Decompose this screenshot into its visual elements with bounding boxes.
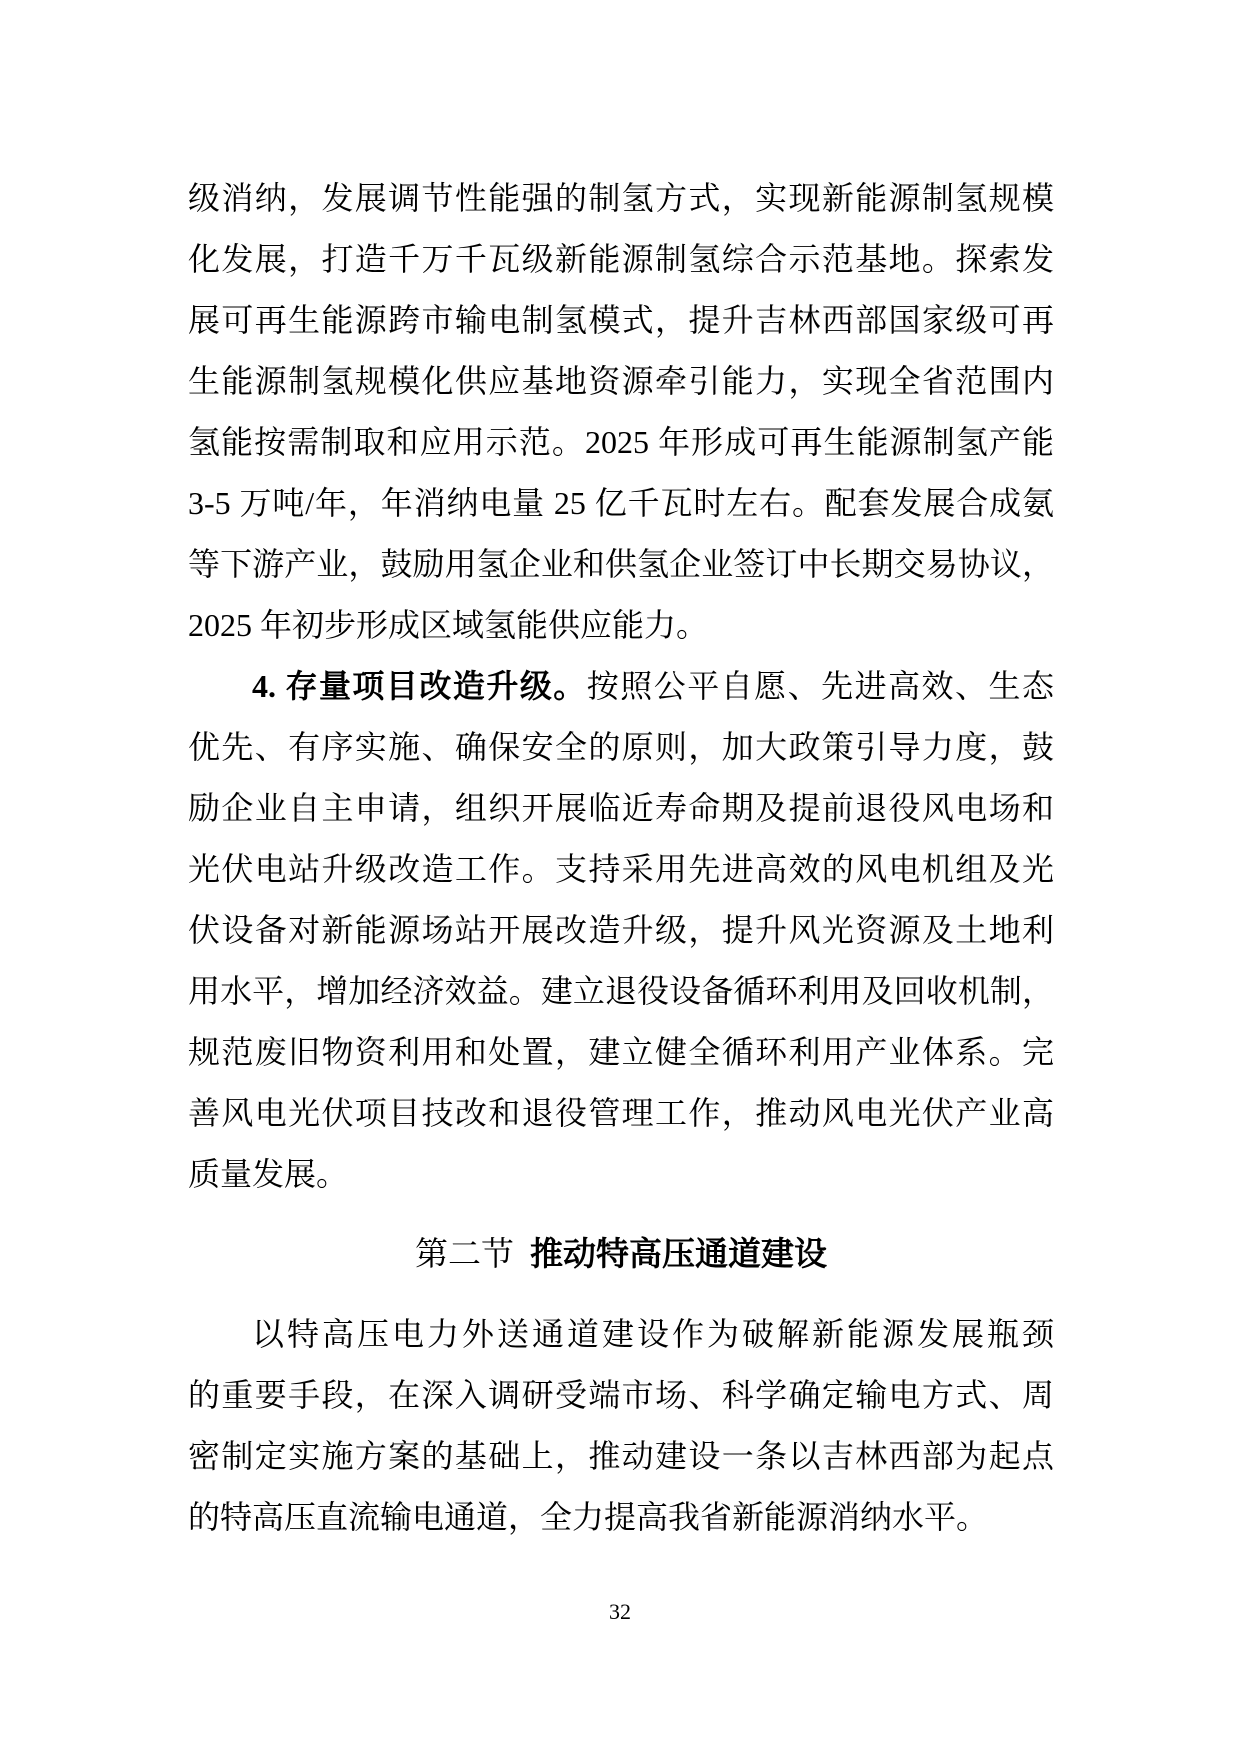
text-line: 的重要手段，在深入调研受端市场、科学确定输电方式、周 (188, 1365, 1054, 1426)
text-line: 级消纳，发展调节性能强的制氢方式，实现新能源制氢规模 (188, 168, 1054, 229)
text-line: 的特高压直流输电通道，全力提高我省新能源消纳水平。 (188, 1487, 1054, 1548)
document-page: 级消纳，发展调节性能强的制氢方式，实现新能源制氢规模 化发展，打造千万千瓦级新能… (0, 0, 1240, 1754)
paragraph-hydrogen-development: 级消纳，发展调节性能强的制氢方式，实现新能源制氢规模 化发展，打造千万千瓦级新能… (188, 168, 1054, 656)
paragraph-project-upgrade: 4. 存量项目改造升级。按照公平自愿、先进高效、生态 优先、有序实施、确保安全的… (188, 656, 1054, 1205)
paragraph-uhv-channel: 以特高压电力外送通道建设作为破解新能源发展瓶颈 的重要手段，在深入调研受端市场、… (188, 1304, 1054, 1548)
text-line: 优先、有序实施、确保安全的原则，加大政策引导力度，鼓 (188, 717, 1054, 778)
text-line: 展可再生能源跨市输电制氢模式，提升吉林西部国家级可再 (188, 290, 1054, 351)
text-line: 质量发展。 (188, 1144, 1054, 1205)
text-line: 规范废旧物资利用和处置，建立健全循环利用产业体系。完 (188, 1022, 1054, 1083)
section-heading: 第二节推动特高压通道建设 (188, 1225, 1054, 1286)
section-heading-number: 第二节 (415, 1237, 514, 1273)
text-line: 励企业自主申请，组织开展临近寿命期及提前退役风电场和 (188, 778, 1054, 839)
text-line: 以特高压电力外送通道建设作为破解新能源发展瓶颈 (188, 1304, 1054, 1365)
text-line: 生能源制氢规模化供应基地资源牵引能力，实现全省范围内 (188, 351, 1054, 412)
paragraph-lead-bold: 4. 存量项目改造升级。 (252, 668, 587, 704)
text-line: 密制定实施方案的基础上，推动建设一条以吉林西部为起点 (188, 1426, 1054, 1487)
text-run: 按照公平自愿、先进高效、生态 (587, 668, 1054, 704)
text-line: 伏设备对新能源场站开展改造升级，提升风光资源及土地利 (188, 900, 1054, 961)
text-line: 4. 存量项目改造升级。按照公平自愿、先进高效、生态 (188, 656, 1054, 717)
text-line: 2025 年初步形成区域氢能供应能力。 (188, 595, 1054, 656)
section-heading-title: 推动特高压通道建设 (530, 1237, 827, 1273)
text-line: 善风电光伏项目技改和退役管理工作，推动风电光伏产业高 (188, 1083, 1054, 1144)
text-line: 用水平，增加经济效益。建立退役设备循环利用及回收机制， (188, 961, 1054, 1022)
text-line: 化发展，打造千万千瓦级新能源制氢综合示范基地。探索发 (188, 229, 1054, 290)
text-line: 3-5 万吨/年，年消纳电量 25 亿千瓦时左右。配套发展合成氨 (188, 473, 1054, 534)
page-number-footer: 32 (0, 1598, 1240, 1626)
document-text-block: 级消纳，发展调节性能强的制氢方式，实现新能源制氢规模 化发展，打造千万千瓦级新能… (188, 168, 1054, 1548)
text-line: 等下游产业，鼓励用氢企业和供氢企业签订中长期交易协议， (188, 534, 1054, 595)
page-number: 32 (609, 1599, 631, 1624)
text-line: 光伏电站升级改造工作。支持采用先进高效的风电机组及光 (188, 839, 1054, 900)
text-line: 氢能按需制取和应用示范。2025 年形成可再生能源制氢产能 (188, 412, 1054, 473)
